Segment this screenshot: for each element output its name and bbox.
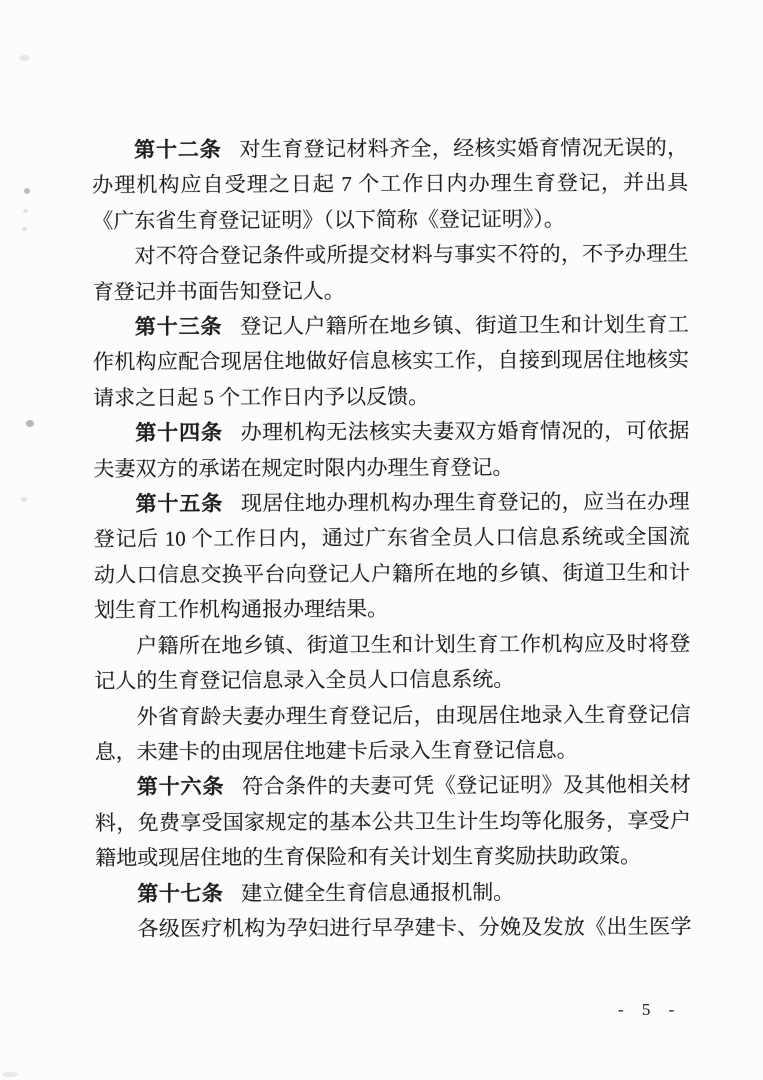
line-text: 动人口信息交换平台向登记人户籍所在地的乡镇、街道卫生和计 xyxy=(94,560,690,587)
article-number: 第十四条 xyxy=(135,422,223,445)
article-number: 第十五条 xyxy=(136,492,224,515)
document-line: 划生育工作机构通报办理结果。 xyxy=(94,591,690,629)
line-text: 登记人户籍所在地乡镇、街道卫生和计划生育工 xyxy=(240,312,689,338)
document-line: 第十七条建立健全生育信息通报机制。 xyxy=(95,874,691,912)
document-line: 办理机构应自受理之日起 7 个工作日内办理生育登记，并出具 xyxy=(92,166,688,204)
line-text: 建立健全生育信息通报机制。 xyxy=(241,880,514,905)
document-line: 第十二条对生育登记材料齐全，经核实婚育情况无误的， xyxy=(92,130,688,168)
document-line: 登记后 10 个工作日内，通过广东省全员人口信息系统或全国流 xyxy=(94,520,690,558)
document-line: 外省育龄夫妻办理生育登记后，由现居住地录入生育登记信 xyxy=(94,697,690,735)
article-number: 第十三条 xyxy=(135,315,223,338)
document-line: 息，未建卡的由现居住地建卡后录入生育登记信息。 xyxy=(95,732,691,770)
line-text: 登记后 10 个工作日内，通过广东省全员人口信息系统或全国流 xyxy=(94,525,690,552)
document-line: 第十六条符合条件的夫妻可凭《登记证明》及其他相关材 xyxy=(95,768,691,806)
document-line: 第十四条办理机构无法核实夫妻双方婚育情况的，可依据 xyxy=(93,414,689,452)
line-text: 《广东省生育登记证明》（以下简称《登记证明》）。 xyxy=(92,207,565,233)
document-line: 记人的生育登记信息录入全员人口信息系统。 xyxy=(94,661,690,699)
document-line: 籍地或现居住地的生育保险和有关计划生育奖励扶助政策。 xyxy=(95,839,691,877)
line-text: 办理机构应自受理之日起 7 个工作日内办理生育登记，并出具 xyxy=(92,171,688,198)
document-text-block: 第十二条对生育登记材料齐全，经核实婚育情况无误的， 办理机构应自受理之日起 7 … xyxy=(92,130,692,947)
scan-artifact xyxy=(23,209,28,213)
line-text: 现居住地办理机构办理生育登记的，应当在办理 xyxy=(241,489,690,515)
line-text: 息，未建卡的由现居住地建卡后录入生育登记信息。 xyxy=(95,738,578,764)
line-text: 籍地或现居住地的生育保险和有关计划生育奖励扶助政策。 xyxy=(95,844,641,870)
scan-artifact xyxy=(19,55,30,61)
scan-artifact xyxy=(22,227,27,231)
line-text: 外省育龄夫妻办理生育登记后，由现居住地录入生育登记信 xyxy=(136,702,690,728)
document-line: 料，免费享受国家规定的基本公共卫生计生均等化服务，享受户 xyxy=(95,803,691,841)
document-line: 《广东省生育登记证明》（以下简称《登记证明》）。 xyxy=(92,201,688,239)
line-text: 夫妻双方的承诺在规定时限内办理生育登记。 xyxy=(93,455,513,481)
scan-artifact xyxy=(21,497,27,502)
line-text: 请求之日起 5 个工作日内予以反馈。 xyxy=(93,384,429,409)
line-text: 对不符合登记条件或所提交材料与事实不符的，不予办理生 xyxy=(134,242,688,268)
document-line: 夫妻双方的承诺在规定时限内办理生育登记。 xyxy=(93,449,689,487)
article-number: 第十六条 xyxy=(137,776,225,799)
document-line: 育登记并书面告知登记人。 xyxy=(93,272,689,310)
line-text: 划生育工作机构通报办理结果。 xyxy=(94,597,388,622)
line-text: 对生育登记材料齐全，经核实婚育情况无误的， xyxy=(239,135,688,161)
document-line: 请求之日起 5 个工作日内予以反馈。 xyxy=(93,378,689,416)
line-text: 各级医疗机构为孕妇进行早孕建卡、分娩及发放《出生医学 xyxy=(137,914,691,940)
line-text: 户籍所在地乡镇、街道卫生和计划生育工作机构应及时将登 xyxy=(136,631,690,657)
document-line: 第十三条登记人户籍所在地乡镇、街道卫生和计划生育工 xyxy=(93,307,689,345)
document-line: 各级医疗机构为孕妇进行早孕建卡、分娩及发放《出生医学 xyxy=(95,909,691,947)
document-page: 第十二条对生育登记材料齐全，经核实婚育情况无误的， 办理机构应自受理之日起 7 … xyxy=(0,0,763,1080)
document-line: 户籍所在地乡镇、街道卫生和计划生育工作机构应及时将登 xyxy=(94,626,690,664)
line-text: 记人的生育登记信息录入全员人口信息系统。 xyxy=(94,667,514,693)
article-number: 第十七条 xyxy=(137,882,223,905)
document-line: 第十五条现居住地办理机构办理生育登记的，应当在办理 xyxy=(94,484,690,522)
article-number: 第十二条 xyxy=(134,138,222,161)
line-text: 育登记并书面告知登记人。 xyxy=(93,279,345,304)
scan-artifact xyxy=(24,188,30,194)
page-number: - 5 - xyxy=(618,1000,681,1020)
document-line: 作机构应配合现居住地做好信息核实工作，自接到现居住地核实 xyxy=(93,343,689,381)
line-text: 办理机构无法核实夫妻双方婚育情况的，可依据 xyxy=(241,419,690,445)
document-line: 对不符合登记条件或所提交材料与事实不符的，不予办理生 xyxy=(92,237,688,275)
document-line: 动人口信息交换平台向登记人户籍所在地的乡镇、街道卫生和计 xyxy=(94,555,690,593)
line-text: 作机构应配合现居住地做好信息核实工作，自接到现居住地核实 xyxy=(93,348,689,375)
line-text: 符合条件的夫妻可凭《登记证明》及其他相关材 xyxy=(242,773,691,799)
line-text: 料，免费享受国家规定的基本公共卫生计生均等化服务，享受户 xyxy=(95,808,691,835)
scan-artifact xyxy=(26,420,34,427)
scan-artifact xyxy=(2,1072,18,1077)
